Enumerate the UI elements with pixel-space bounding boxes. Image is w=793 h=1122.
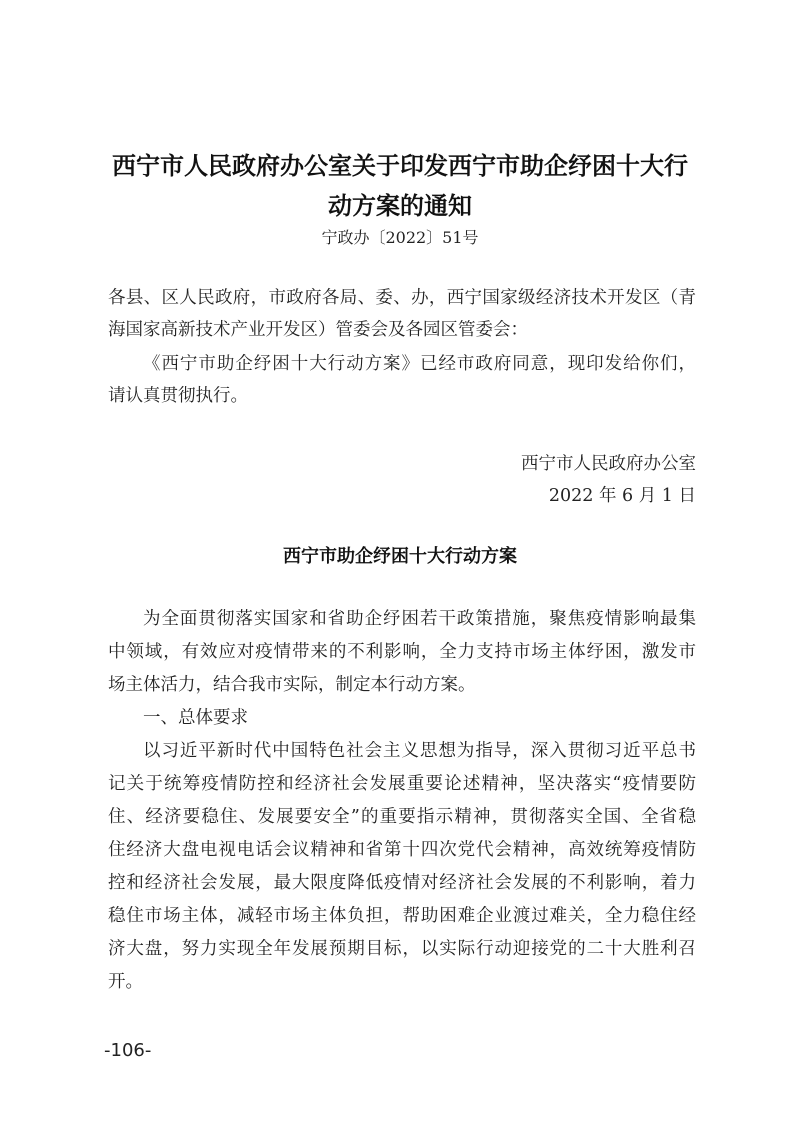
issue-date: 2022 年 6 月 1 日 <box>549 482 696 507</box>
section-1-line-8: 开。 <box>108 970 696 994</box>
recipients-line-1: 各县、区人民政府，市政府各局、委、办，西宁国家级经济技术开发区（青 <box>108 286 696 310</box>
intro-line-3: 场主体活力，结合我市实际，制定本行动方案。 <box>108 673 696 697</box>
notice-body-line-1: 《西宁市助企纾困十大行动方案》已经市政府同意，现印发给你们， <box>143 352 696 376</box>
section-1-line-4: 住经济大盘电视电话会议精神和省第十四次党代会精神，高效统筹疫情防 <box>108 838 696 862</box>
section-1-line-7: 济大盘，努力实现全年发展预期目标，以实际行动迎接党的二十大胜利召 <box>108 937 696 961</box>
notice-title-line-1: 西宁市人民政府办公室关于印发西宁市助企纾困十大行 <box>100 146 700 181</box>
section-1-line-5: 控和经济社会发展，最大限度降低疫情对经济社会发展的不利影响，着力 <box>108 871 696 895</box>
notice-title-line-2: 动方案的通知 <box>100 186 700 221</box>
section-1-line-6: 稳住市场主体，减轻市场主体负担，帮助困难企业渡过难关，全力稳住经 <box>108 904 696 928</box>
page-number: -106- <box>104 1040 151 1061</box>
intro-line-1: 为全面贯彻落实国家和省助企纾困若干政策措施，聚焦疫情影响最集 <box>143 607 696 631</box>
section-1-line-3: 住、经济要稳住、发展要安全”的重要指示精神，贯彻落实全国、全省稳 <box>108 805 696 829</box>
document-number: 宁政办〔2022〕51号 <box>100 225 700 248</box>
intro-line-2: 中领域，有效应对疫情带来的不利影响，全力支持市场主体纾困，激发市 <box>108 640 696 664</box>
notice-body-line-2: 请认真贯彻执行。 <box>108 384 696 408</box>
issuer-signature: 西宁市人民政府办公室 <box>521 450 696 475</box>
section-1-line-1: 以习近平新时代中国特色社会主义思想为指导，深入贯彻习近平总书 <box>143 739 696 763</box>
document-page: 西宁市人民政府办公室关于印发西宁市助企纾困十大行 动方案的通知 宁政办〔2022… <box>0 0 793 1122</box>
recipients-line-2: 海国家高新技术产业开发区）管委会及各园区管委会： <box>108 318 696 342</box>
plan-title: 西宁市助企纾困十大行动方案 <box>100 542 700 568</box>
section-1-line-2: 记关于统筹疫情防控和经济社会发展重要论述精神，坚决落实“疫情要防 <box>108 772 696 796</box>
section-1-heading: 一、总体要求 <box>143 706 696 730</box>
